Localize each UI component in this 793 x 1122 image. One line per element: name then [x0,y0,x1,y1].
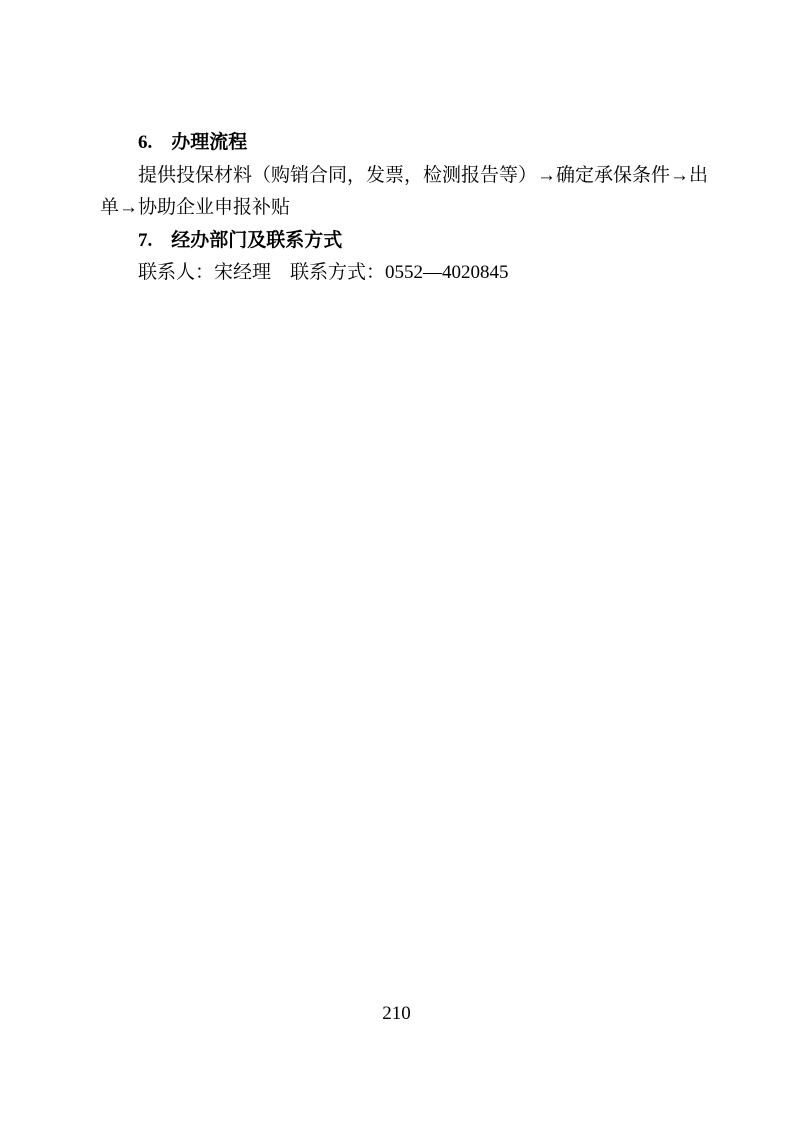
section-6-paragraph: 提供投保材料（购销合同，发票，检测报告等）→确定承保条件→出 单→协助企业申报补… [100,160,712,225]
process-flow-line-2: 单→协助企业申报补贴 [100,192,712,225]
document-content: 6. 办理流程 提供投保材料（购销合同，发票，检测报告等）→确定承保条件→出 单… [100,127,712,290]
section-heading-7: 7. 经办部门及联系方式 [100,225,712,258]
section-heading-6: 6. 办理流程 [100,127,712,160]
section-7-paragraph: 联系人：宋经理 联系方式：0552—4020845 [100,257,712,290]
document-page: 6. 办理流程 提供投保材料（购销合同，发票，检测报告等）→确定承保条件→出 单… [0,0,793,1122]
page-number: 210 [0,1002,793,1026]
contact-info-line: 联系人：宋经理 联系方式：0552—4020845 [100,257,712,290]
process-flow-line-1: 提供投保材料（购销合同，发票，检测报告等）→确定承保条件→出 [100,160,712,193]
